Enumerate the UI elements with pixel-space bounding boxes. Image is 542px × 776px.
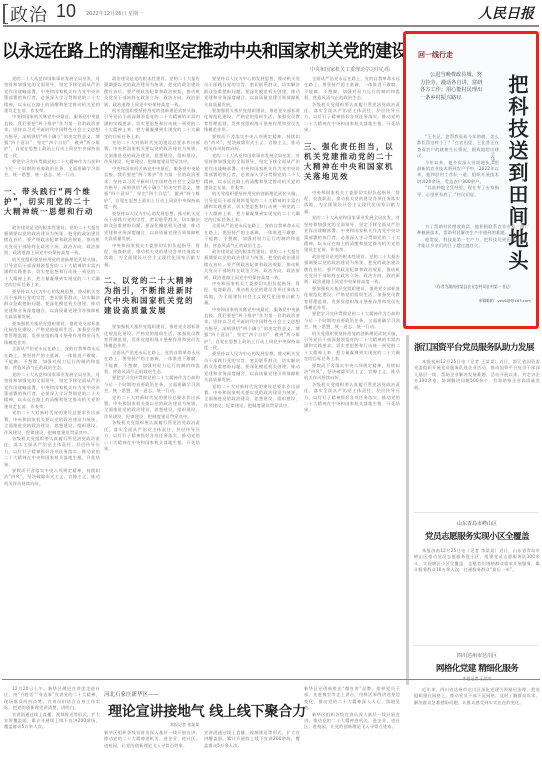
bottom-article-byline: 本报记者 张某某	[170, 722, 199, 728]
paragraph: 要加强机关基层党组织建设，推进党支部标准化规范化建设，严格党的组织生活，加强党员…	[204, 108, 300, 134]
paragraph: 党的二十大从党和国家事业发展全局出发，对坚持和加强党的全面领导、坚定不移全面从严…	[304, 215, 400, 253]
paragraph: 今年以来，他多次深入田间地头，把最新的农业技术带到农户手中。2022年以来，他和…	[417, 160, 499, 186]
featured-email: 来稿邮箱：yeu6@@163.com	[446, 298, 531, 304]
paragraph: 机关党组织要坚持用党的创新理论武装头脑，引导党员干部深刻领悟党的二十大精神的丰富…	[204, 191, 300, 223]
paragraph: 党的二十大从党和国家事业发展全局出发，对坚持和加强党的全面领导、坚定不移全面从严…	[4, 372, 100, 410]
featured-kicker: 回一线行走	[418, 50, 453, 60]
sidebar-divider-bar	[406, 335, 409, 685]
side-article-body: 本报杭州12月25日电（记者 王某某）近日，浙江省国资委党委组织开展党员服务队进…	[414, 359, 540, 391]
paragraph: 党的二十大对新时代党的建设总要求作出部署。中央和国家机关要以党的政治建设为统领，…	[4, 410, 100, 436]
article-column-4: 全面从严治党永远在路上，党的自我革命永远在路上。要坚持严的主基调，一体推进不敢腐…	[304, 76, 400, 672]
side-article-2: 山东青岛市崂山区 党员志愿服务实现小区全覆盖 本报济南12月25日电（记者 李某…	[414, 520, 540, 574]
paragraph: 要加强机关基层党组织建设，推进党支部标准化规范化建设，严格党的组织生活，加强党员…	[304, 286, 400, 312]
bottom-mid-column-2: 宣讲团通过线上直播、视频推送等形式，扩大宣讲覆盖面，累计开展线上线下宣讲200余…	[204, 730, 300, 774]
article-column-3: 要坚持以人民为中心的发展思想，推动机关党员干部践行党的宗旨，密切联系群众，切实解…	[204, 76, 300, 672]
paragraph: 要把学习宣传贯彻党的二十大精神作为当前和今后一个时期的首要政治任务，全面准确学习…	[304, 311, 400, 330]
paragraph: 中央和国家机关工委要切实担负起指导、督促、检查职责，推动机关党的建设各项任务落实…	[204, 281, 300, 307]
side-article-title: 党员志愿服务实现小区全覆盖	[414, 530, 540, 542]
paragraph: 新华区组织各级宣讲员深入基层一线开展宣讲，推动党的二十大精神进机关、进企业、进社…	[104, 730, 200, 749]
paragraph: 要加强机关基层党组织建设，推进党支部标准化规范化建设，严格党的组织生活，加强党员…	[4, 321, 100, 347]
side-article-body: 本报济南12月25日电（记者 李某某）近日，山东省青岛市崂山区推动党员志愿服务进…	[414, 548, 540, 574]
paragraph: 新华区组织各级宣讲员深入基层一线开展宣讲，推动党的二十大精神进机关、进企业、进社…	[304, 712, 400, 731]
page-masthead: 政治 10 2022年12月26日 星期一 人民日报	[0, 0, 542, 26]
main-byline: 中央和国家机关工委理论学习中心组	[160, 66, 390, 73]
featured-intro: 公迟当晚费政县城，努力拉旁，漫话各自讲，富研各方工作；用心能村民理出一条乡村振兴…	[420, 72, 486, 102]
paragraph: 机关党组织要坚持用党的创新理论武装头脑，引导党员干部深刻领悟党的二十大精神的丰富…	[4, 257, 100, 289]
paragraph: 要加强机关基层党组织建设，推进党支部标准化规范化建设，严格党的组织生活，加强党员…	[104, 324, 200, 350]
paragraph: “王书记，您帮我看看今年的桃，怎么都长得这样小了？”在农田里，王化普正在查看农户…	[417, 134, 499, 160]
side-article-body: 近年来，四川省达州市达川区深化党建引领基层治理，把党组织建在网格上，推动党员干部…	[414, 687, 540, 706]
paragraph: 各级机关党组织要认真履行管党治党政治责任，落实全面从严治党主体责任，层层传导压力…	[304, 382, 400, 414]
paragraph: 全面从严治党永远在路上，党的自我革命永远在路上。要坚持严的主基调，一体推进不敢腐…	[204, 223, 300, 249]
page-number: 10	[56, 1, 76, 22]
side-divider	[414, 512, 538, 513]
paragraph: 党的二十大对新时代党的建设总要求作出部署。中央和国家机关要以党的政治建设为统领，…	[104, 140, 200, 166]
subheading-3: 三、强化责任担当，以机关党建推动党的二十大精神在中央和国家机关落地见效	[304, 142, 400, 182]
paragraph: 要把学习宣传贯彻党的二十大精神作为当前和今后一个时期的首要政治任务，全面准确学习…	[104, 375, 200, 394]
paragraph: 政治建设是党的根本性建设。党的二十大报告强调要以党的政治建设为统领，把党的政治建…	[104, 76, 200, 108]
paragraph: 全面从严治党永远在路上，党的自我革命永远在路上。要坚持严的主基调，一体推进不敢腐…	[4, 346, 100, 372]
paragraph: 党的二十大对新时代党的建设总要求作出部署。中央和国家机关要以党的政治建设为统领，…	[104, 395, 200, 421]
side-divider	[414, 645, 538, 646]
paragraph: 他常说，科技是第一生产力，把科技送到田间地头，才能让乡亲们的日子越过越红火。	[417, 237, 529, 250]
paragraph: 全面从严治党永远在路上，党的自我革命永远在路上。要坚持严的主基调，一体推进不敢腐…	[104, 350, 200, 376]
article-column-1: 党的二十大从党和国家事业发展全局出发，对坚持和加强党的全面领导、坚定不移全面从严…	[4, 76, 100, 672]
paragraph: 新华区还创新推出“微宣讲”品牌，组织党员干部、先进典型等走上讲台，用鲜活事例讲述…	[304, 686, 400, 712]
paragraph: 党的二十大对新时代党的建设总要求作出部署。中央和国家机关要以党的政治建设为统领，…	[204, 384, 300, 410]
section-name: 政治	[10, 1, 48, 27]
paragraph: 各级机关党组织要认真履行管党治党政治责任，落实全面从严治党主体责任，层层传导压力…	[304, 102, 400, 134]
subheading-2: 二、以党的二十大精神为指引，不断推进新时代中央和国家机关党的建设高质量发展	[104, 276, 200, 316]
bottom-article-title: 理论宣讲接地气 线上线下聚合力	[108, 701, 306, 721]
paragraph: 党的二十大从党和国家事业发展全局出发，对坚持和加强党的全面领导、坚定不移全面从严…	[204, 153, 300, 191]
paragraph: 党的二十大从党和国家事业发展全局出发，对坚持和加强党的全面领导、坚定不移全面从严…	[4, 76, 100, 114]
masthead-rule	[3, 25, 539, 27]
paragraph: 全面从严治党永远在路上，党的自我革命永远在路上。要坚持严的主基调，一体推进不敢腐…	[304, 76, 400, 102]
paragraph: 要坚持以人民为中心的发展思想，推动机关党员干部践行党的宗旨，密切联系群众，切实解…	[204, 351, 300, 383]
paragraph: 要锲而不舍落实中央八项规定精神，持续纠治“四风”，坚决破除形式主义、官僚主义，推…	[4, 468, 100, 487]
paragraph: 各级机关党组织要认真履行管党治党政治责任，落实全面从严治党主体责任，层层传导压力…	[104, 420, 200, 452]
paragraph: 政治建设是党的根本性建设。党的二十大报告强调要以党的政治建设为统领，把党的政治建…	[4, 225, 100, 257]
paragraph: 要锲而不舍落实中央八项规定精神，持续纠治“四风”，坚决破除形式主义、官僚主义，推…	[204, 134, 300, 153]
bottom-left-column: 12月20日上午，新华区理论宣讲团走进社区，用“百姓话”“身边事”宣讲党的二十大…	[4, 686, 100, 774]
featured-article-box: 回一线行走 公迟当晚费政县城，努力拉旁，漫话各自讲，富研各方工作；用心能村民理出…	[403, 31, 539, 329]
paragraph: 机关党组织要坚持用党的创新理论武装头脑，引导党员干部深刻领悟党的二十大精神的丰富…	[104, 108, 200, 140]
newspaper-logo: 人民日报	[478, 3, 534, 23]
side-article-title: 网格化党建 精细化服务	[414, 662, 540, 674]
bottom-right-column: 新华区还创新推出“微宣讲”品牌，组织党员干部、先进典型等走上讲台，用鲜活事例讲述…	[304, 686, 400, 774]
paragraph: 中央和国家机关离党中央最近，服务党中央最直接。我们要把“两个维护”作为第一位的政…	[204, 307, 300, 352]
issue-date: 2022年12月26日 星期一	[86, 10, 143, 17]
subheading-1: 一、带头践行“两个维护”，切实用党的二十大精神统一思想和行动	[4, 187, 100, 217]
paragraph: 要坚持以人民为中心的发展思想，推动机关党员干部践行党的宗旨，密切联系群众，切实解…	[104, 211, 200, 243]
paragraph: “以前种地全凭经验，现在有了专家指导，心里更有底了。”村民们说。	[417, 185, 499, 198]
paragraph: 政治建设是党的根本性建设。党的二十大报告强调要以党的政治建设为统领，把党的政治建…	[304, 254, 400, 286]
paragraph: 要坚持以人民为中心的发展思想，推动机关党员干部践行党的宗旨，密切联系群众，切实解…	[4, 289, 100, 321]
section-bracket	[3, 4, 8, 24]
bottom-section-rule	[2, 679, 540, 680]
side-article-1: 浙江国资平台党员服务队助力发展 本报杭州12月25日电（记者 王某某）近日，浙江…	[414, 341, 540, 391]
paragraph: 中央和国家机关离党中央最近，服务党中央最直接。我们要把“两个维护”作为第一位的政…	[4, 114, 100, 159]
featured-body-lower: 为了帮助村民增收致富，他积极联系农业专家，推广种植新技术，帮助村民解决生产中遇到…	[417, 224, 529, 250]
article-column-2: 政治建设是党的根本性建设。党的二十大报告强调要以党的政治建设为统领，把党的政治建…	[104, 76, 200, 672]
bottom-mid-column-1: 新华区组织各级宣讲员深入基层一线开展宣讲，推动党的二十大精神进机关、进企业、进社…	[104, 730, 200, 774]
paragraph: 机关党组织要坚持用党的创新理论武装头脑，引导党员干部深刻领悟党的二十大精神的丰富…	[304, 331, 400, 363]
paragraph: 为了帮助村民增收致富，他积极联系农业专家，推广种植新技术，帮助村民解决生产中遇到…	[417, 224, 529, 237]
paragraph: 中央和国家机关工委要切实担负起指导、督促、检查职责，推动机关党的建设各项任务落实…	[304, 190, 400, 216]
side-article-kicker: 山东青岛市崂山区	[414, 520, 540, 527]
paragraph: 中央和国家机关工委要切实担负起指导、督促、检查职责，推动机关党的建设各项任务落实…	[104, 243, 200, 269]
paragraph: 要锲而不舍落实中央八项规定精神，持续纠治“四风”，坚决破除形式主义、官僚主义，推…	[304, 363, 400, 382]
paragraph: 要坚持以人民为中心的发展思想，推动机关党员干部践行党的宗旨，密切联系群众，切实解…	[204, 76, 300, 108]
paragraph: 要把学习宣传贯彻党的二十大精神作为当前和今后一个时期的首要政治任务，全面准确学习…	[4, 159, 100, 178]
paragraph: 政治建设是党的根本性建设。党的二十大报告强调要以党的政治建设为统领，把党的政治建…	[204, 249, 300, 281]
side-article-title: 浙江国资平台党员服务队助力发展	[414, 341, 540, 353]
featured-body-upper: “王书记，您帮我看看今年的桃，怎么都长得这样小了？”在农田里，王化普正在查看农户…	[417, 134, 499, 198]
paragraph: 12月20日上午，新华区理论宣讲团走进社区，用“百姓话”“身边事”宣讲党的二十大…	[4, 686, 100, 712]
paragraph: 宣讲团通过线上直播、视频推送等形式，扩大宣讲覆盖面，累计开展线上线下宣讲200余…	[4, 712, 100, 731]
paragraph: 中央和国家机关离党中央最近，服务党中央最直接。我们要把“两个维护”作为第一位的政…	[104, 166, 200, 211]
side-article-kicker: 四川达州市达川区	[414, 652, 540, 659]
paragraph: 宣讲团通过线上直播、视频推送等形式，扩大宣讲覆盖面，累计开展线上线下宣讲200余…	[204, 730, 300, 749]
featured-author-note: （作者为湖南省某县农业农村局驻村第一书记）	[417, 284, 529, 290]
paragraph: 各级机关党组织要认真履行管党治党政治责任，落实全面从严治党主体责任，层层传导压力…	[4, 436, 100, 468]
bottom-article-kicker: 河北石家庄新华区——	[104, 690, 159, 698]
main-headline: 以永远在路上的清醒和坚定推动中央和国家机关党的建设走在前作表率	[2, 38, 384, 63]
